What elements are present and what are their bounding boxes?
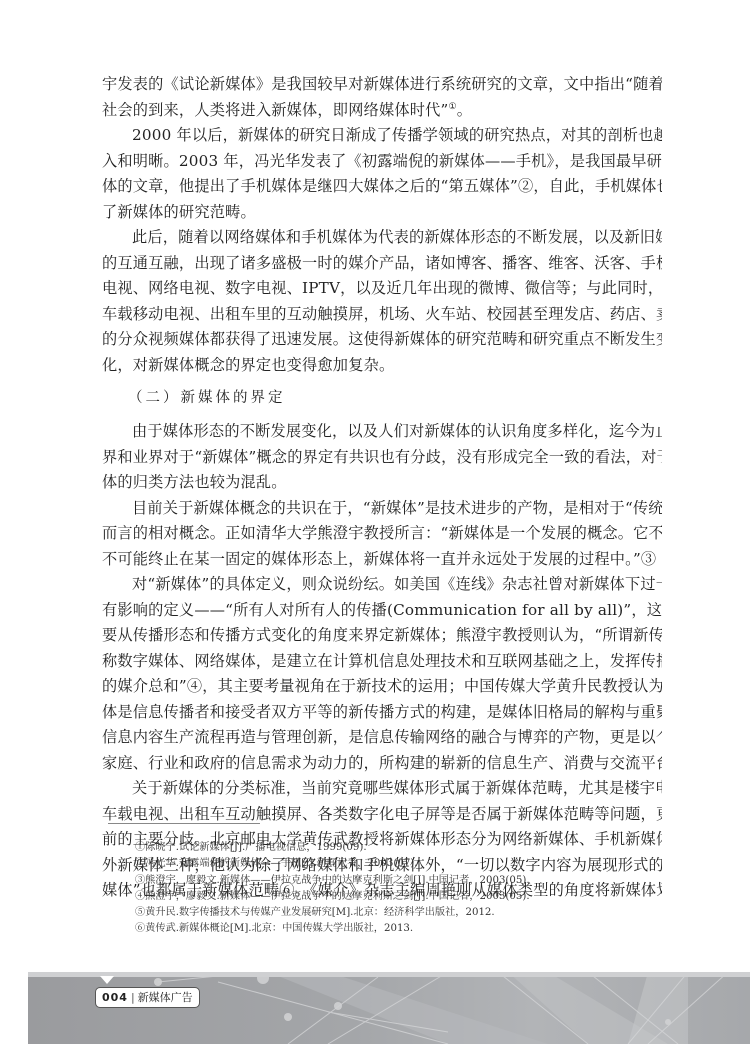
text-line: 由于媒体形态的不断发展变化，以及人们对新媒体的认识角度多样化，迄今为止，学: [102, 419, 662, 445]
footnote-item: ④熊澄宇，廖毅文.新媒体——伊拉克战争中的达摩克利斯之剑[J].中国记者，200…: [135, 889, 635, 905]
footnote-divider: [108, 823, 260, 824]
text-line: 的互通互融，出现了诸多盛极一时的媒介产品，诸如博客、播客、维客、沃客、手机报、手…: [102, 251, 662, 277]
text-line: 体的归类方法也较为混乱。: [102, 470, 662, 496]
text-line: 界和业界对于“新媒体”概念的界定有共识也有分歧，没有形成完全一致的看法，对于新媒: [102, 445, 662, 471]
text-line: 不可能终止在某一固定的媒体形态上，新媒体将一直并永远处于发展的过程中。”③: [102, 547, 662, 573]
footnote-item: ⑤黄升民.数字传播技术与传媒产业发展研究[M].北京：经济科学出版社，2012.: [135, 905, 635, 921]
footer-top-strip: [28, 972, 750, 977]
text-line: 车载移动电视、出租车里的互动触摸屏，机场、火车站、校园甚至理发店、药店、卖场等场…: [102, 302, 662, 328]
paragraph: 目前关于新媒体概念的共识在于，“新媒体”是技术进步的产物，是相对于“传统媒体” …: [102, 496, 662, 573]
text-line: 此后，随着以网络媒体和手机媒体为代表的新媒体形态的不断发展，以及新旧媒体间: [102, 225, 662, 251]
network-pattern-icon: [28, 972, 750, 1044]
period: 。: [457, 101, 472, 119]
text-line: 对“新媒体”的具体定义，则众说纷纭。如美国《连线》杂志社曾对新媒体下过一个较: [102, 572, 662, 598]
paragraph: 2000 年以后，新媒体的研究日渐成了传播学领域的研究热点，对其的剖析也越来越深…: [102, 123, 662, 225]
text-line: 家庭、行业和政府的信息需求为动力的，所构建的崭新的信息生产、消费与交流平台⑤。: [102, 751, 662, 777]
text-line: 宇发表的《试论新媒体》是我国较早对新媒体进行系统研究的文章，文中指出“随着信息化: [102, 72, 662, 98]
text-line: 2000 年以后，新媒体的研究日渐成了传播学领域的研究热点，对其的剖析也越来越深: [102, 123, 662, 149]
text-line: 体是信息传播者和接受者双方平等的新传播方式的构建，是媒体旧格局的解构与重聚，是: [102, 700, 662, 726]
separator: |: [131, 991, 135, 1004]
text-line: 电视、网络电视、数字电视、IPTV，以及近几年出现的微博、微信等；与此同时，楼宇…: [102, 276, 662, 302]
footer-band: [28, 972, 750, 1044]
paragraph: 对“新媒体”的具体定义，则众说纷纭。如美国《连线》杂志社曾对新媒体下过一个较 有…: [102, 572, 662, 776]
running-title: 新媒体广告: [138, 991, 193, 1004]
footnote-item: ①陈晓宁.试论新媒体[J].广播电视信息，1999(09).: [135, 840, 635, 856]
text-line: 称数字媒体、网络媒体，是建立在计算机信息处理技术和互联网基础之上，发挥传播功能: [102, 649, 662, 675]
footnote-item: ⑥黄传武.新媒体概论[M].北京：中国传媒大学出版社，2013.: [135, 921, 635, 937]
text-line: 的媒介总和”④，其主要考量视角在于新技术的运用；中国传媒大学黄升民教授认为，新媒: [102, 674, 662, 700]
text-line: 的分众视频媒体都获得了迅速发展。这使得新媒体的研究范畴和研究重点不断发生变: [102, 327, 662, 353]
paragraph: 由于媒体形态的不断发展变化，以及人们对新媒体的认识角度多样化，迄今为止，学 界和…: [102, 419, 662, 496]
text-span: 社会的到来，人类将进入新媒体，即网络媒体时代”: [102, 101, 449, 119]
text-line: 化，对新媒体概念的界定也变得愈加复杂。: [102, 353, 662, 379]
paragraph: 此后，随着以网络媒体和手机媒体为代表的新媒体形态的不断发展，以及新旧媒体间 的互…: [102, 225, 662, 378]
text-line: 目前关于新媒体概念的共识在于，“新媒体”是技术进步的产物，是相对于“传统媒体”: [102, 496, 662, 522]
text-line: 而言的相对概念。正如清华大学熊澄宇教授所言：“新媒体是一个发展的概念。它不会也: [102, 521, 662, 547]
footnote-ref[interactable]: ①: [449, 101, 457, 111]
body-text: 宇发表的《试论新媒体》是我国较早对新媒体进行系统研究的文章，文中指出“随着信息化…: [102, 72, 662, 904]
section-heading: （二）新媒体的界定: [102, 386, 662, 411]
footnote-item: ③熊澄宇，廖毅文.新媒体——伊拉克战争中的达摩克利斯之剑[J].中国记者，200…: [135, 873, 635, 889]
text-line: 入和明晰。2003 年，冯光华发表了《初露端倪的新媒体——手机》，是我国最早研究…: [102, 149, 662, 175]
paragraph: 宇发表的《试论新媒体》是我国较早对新媒体进行系统研究的文章，文中指出“随着信息化…: [102, 72, 662, 123]
book-page: 宇发表的《试论新媒体》是我国较早对新媒体进行系统研究的文章，文中指出“随着信息化…: [0, 0, 750, 1044]
footnote-item: ②冯光华.初露端倪的新媒体——手机[J].新闻记者，2003(07).: [135, 856, 635, 872]
text-line: 有影响的定义——“所有人对所有人的传播(Communication for al…: [102, 598, 662, 624]
text-line: 了新媒体的研究范畴。: [102, 200, 662, 226]
page-number-tab: 004|新媒体广告: [95, 987, 200, 1008]
footnotes: ①陈晓宁.试论新媒体[J].广播电视信息，1999(09). ②冯光华.初露端倪…: [135, 840, 635, 938]
text-line: 社会的到来，人类将进入新媒体，即网络媒体时代”①。: [102, 98, 662, 124]
text-line: 信息内容生产流程再造与管理创新，是信息传输网络的融合与博弈的产物，更是以个人、: [102, 725, 662, 751]
text-line: 关于新媒体的分类标准，当前究竟哪些媒体形式属于新媒体范畴，尤其是楼宇电视、: [102, 776, 662, 802]
text-line: 要从传播形态和传播方式变化的角度来界定新媒体；熊澄宇教授则认为，“所谓新传媒，或: [102, 623, 662, 649]
text-line: 体的文章，他提出了手机媒体是继四大媒体之后的“第五媒体”②，自此，手机媒体也被纳…: [102, 174, 662, 200]
footer-notch-icon: [100, 976, 114, 984]
page-number: 004: [102, 991, 128, 1004]
